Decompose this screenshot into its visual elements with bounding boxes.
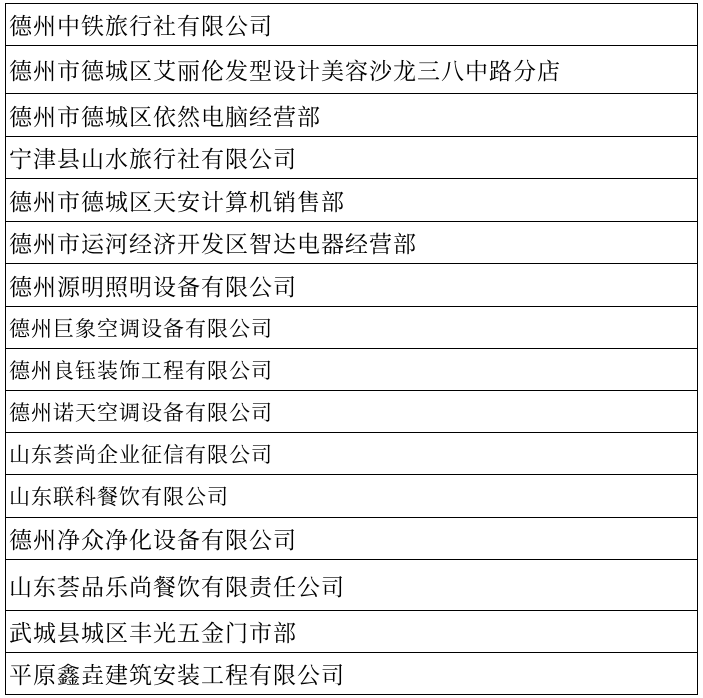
company-name-cell: 宁津县山水旅行社有限公司 [9, 141, 297, 174]
company-name-cell: 德州中铁旅行社有限公司 [9, 8, 273, 41]
company-name-cell: 德州市德城区依然电脑经营部 [9, 99, 321, 132]
table-row: 德州良钰装饰工程有限公司 [6, 349, 697, 391]
table-row: 山东联科餐饮有限公司 [6, 475, 697, 518]
table-row: 平原鑫垚建筑安装工程有限公司 [6, 653, 697, 695]
company-name-cell: 平原鑫垚建筑安装工程有限公司 [9, 657, 345, 690]
table-row: 德州市德城区天安计算机销售部 [6, 179, 697, 222]
company-name-cell: 山东联科餐饮有限公司 [9, 481, 229, 511]
company-name-cell: 德州市运河经济开发区智达电器经营部 [9, 226, 417, 259]
table-row: 武城县城区丰光五金门市部 [6, 611, 697, 653]
table-row: 宁津县山水旅行社有限公司 [6, 137, 697, 179]
company-name-cell: 山东荟尚企业征信有限公司 [9, 439, 273, 469]
company-name-cell: 德州诺天空调设备有限公司 [9, 397, 273, 427]
table-row: 德州市德城区依然电脑经营部 [6, 94, 697, 137]
table-row: 德州巨象空调设备有限公司 [6, 307, 697, 349]
table-row: 德州源明照明设备有限公司 [6, 264, 697, 307]
company-name-cell: 德州市德城区天安计算机销售部 [9, 184, 345, 217]
table-row: 德州市运河经济开发区智达电器经营部 [6, 222, 697, 264]
company-table: 德州中铁旅行社有限公司 德州市德城区艾丽伦发型设计美容沙龙三八中路分店 德州市德… [5, 3, 698, 695]
company-name-cell: 德州净众净化设备有限公司 [9, 522, 297, 555]
company-name-cell: 山东荟品乐尚餐饮有限责任公司 [9, 569, 345, 602]
table-row: 德州中铁旅行社有限公司 [6, 4, 697, 46]
table-row: 德州诺天空调设备有限公司 [6, 391, 697, 433]
table-row: 德州净众净化设备有限公司 [6, 518, 697, 560]
table-row: 德州市德城区艾丽伦发型设计美容沙龙三八中路分店 [6, 46, 697, 94]
company-name-cell: 武城县城区丰光五金门市部 [9, 615, 297, 648]
table-row: 山东荟品乐尚餐饮有限责任公司 [6, 560, 697, 611]
company-name-cell: 德州良钰装饰工程有限公司 [9, 355, 273, 385]
company-name-cell: 德州巨象空调设备有限公司 [9, 313, 273, 343]
company-name-cell: 德州市德城区艾丽伦发型设计美容沙龙三八中路分店 [9, 53, 561, 86]
table-row: 山东荟尚企业征信有限公司 [6, 433, 697, 475]
company-name-cell: 德州源明照明设备有限公司 [9, 269, 297, 302]
